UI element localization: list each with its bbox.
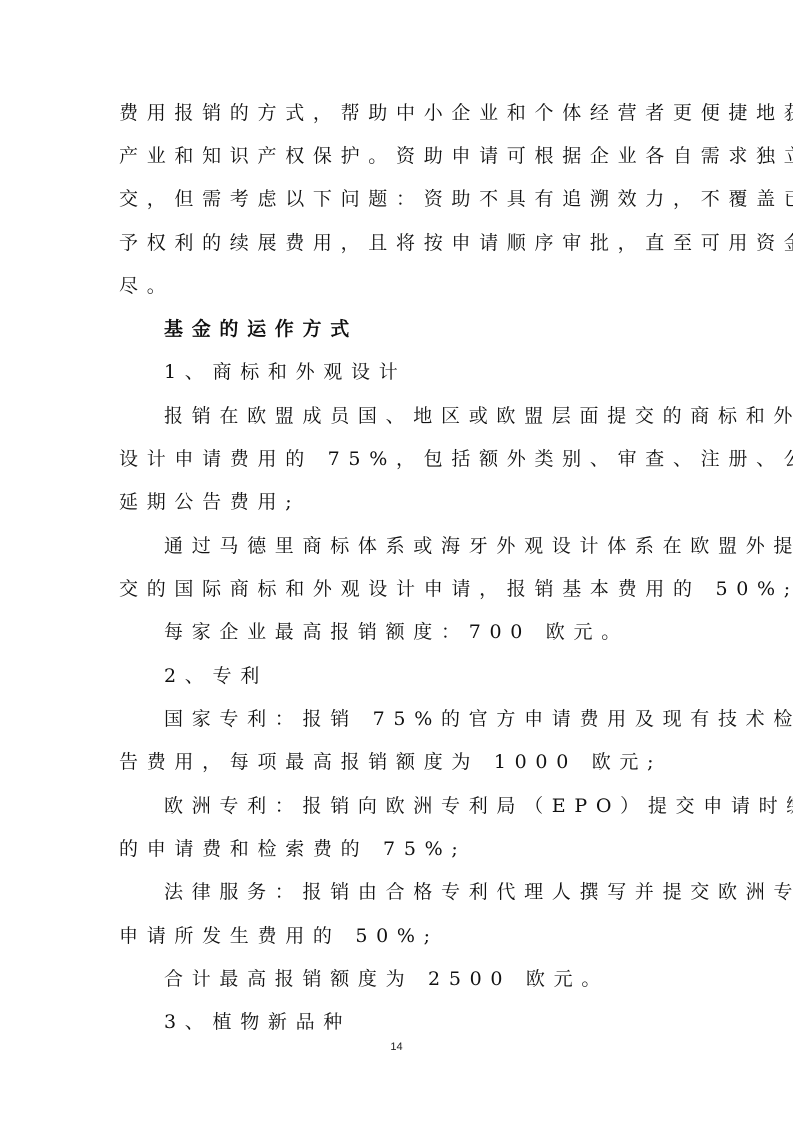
paragraph-line: 法律服务：报销由合格专利代理人撰写并提交欧洲专利	[164, 880, 793, 904]
paragraph-line: 产业和知识产权保护。资助申请可根据企业各自需求独立提	[119, 144, 793, 168]
paragraph-line: 尽。	[119, 274, 174, 298]
paragraph-line: 国家专利：报销 75%的官方申请费用及现有技术检索报	[164, 707, 793, 731]
paragraph-line: 报销在欧盟成员国、地区或欧盟层面提交的商标和外观	[164, 404, 793, 428]
paragraph-line: 设计申请费用的 75%，包括额外类别、审查、注册、公告及	[119, 447, 793, 471]
paragraph-line: 费用报销的方式，帮助中小企业和个体经营者更便捷地获得	[119, 101, 793, 125]
subsection-heading-trademarks: 1、商标和外观设计	[164, 360, 406, 384]
paragraph-line: 合计最高报销额度为 2500 欧元。	[164, 967, 609, 991]
subsection-heading-patents: 2、专利	[164, 664, 268, 688]
paragraph-line: 欧洲专利：报销向欧洲专利局（EPO）提交申请时缴纳	[164, 794, 793, 818]
paragraph-line: 通过马德里商标体系或海牙外观设计体系在欧盟外提	[164, 534, 793, 558]
paragraph-line: 每家企业最高报销额度：700 欧元。	[164, 620, 629, 644]
page-number: 14	[0, 1041, 793, 1053]
document-page: 费用报销的方式，帮助中小企业和个体经营者更便捷地获得 产业和知识产权保护。资助申…	[0, 0, 793, 1122]
paragraph-line: 的申请费和检索费的 75%;	[119, 837, 466, 861]
paragraph-line: 申请所发生费用的 50%;	[119, 924, 439, 948]
paragraph-line: 交，但需考虑以下问题：资助不具有追溯效力，不覆盖已授	[119, 187, 793, 211]
paragraph-line: 予权利的续展费用，且将按申请顺序审批，直至可用资金用	[119, 231, 793, 255]
paragraph-line: 告费用，每项最高报销额度为 1000 欧元;	[119, 750, 662, 774]
subsection-heading-plant-varieties: 3、植物新品种	[164, 1010, 351, 1034]
section-heading: 基金的运作方式	[164, 317, 358, 341]
paragraph-line: 交的国际商标和外观设计申请，报销基本费用的 50%;	[119, 577, 793, 601]
paragraph-line: 延期公告费用;	[119, 490, 300, 514]
